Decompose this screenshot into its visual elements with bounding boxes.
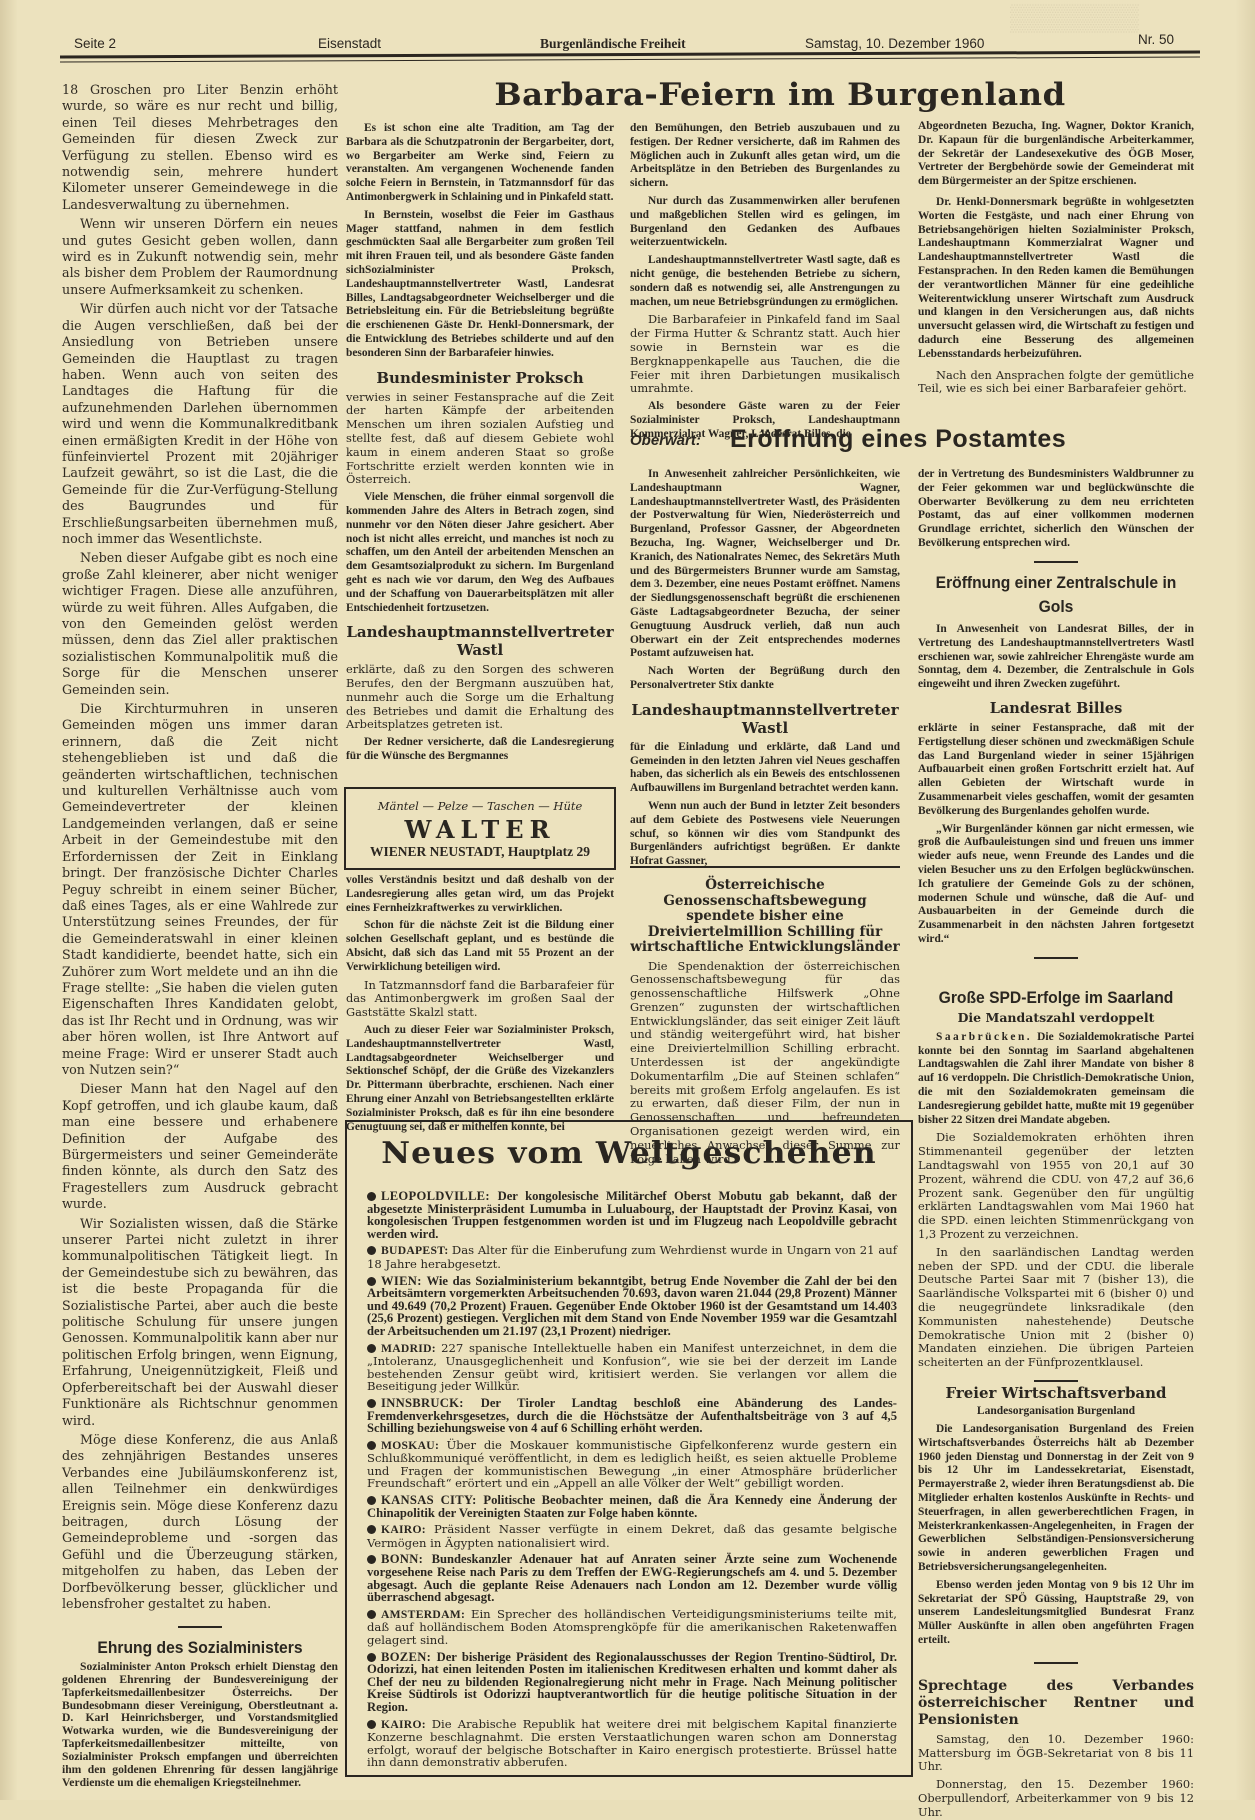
news-text: Bundeskanzler Adenauer hat auf Anraten s… [367, 1552, 897, 1604]
paragraph: Die Barbarafeier in Pinkafeld fand im Sa… [630, 313, 900, 396]
paragraph: In den saarländischen Landtag werden neb… [918, 1246, 1194, 1370]
zentralschule-article: Eröffnung einer Zentralschule in Gols In… [918, 565, 1194, 969]
walter-advertisement: Mäntel — Pelze — Taschen — Hüte WALTER W… [344, 787, 616, 870]
paragraph: Möge diese Konferenz, die aus Anlaß des … [62, 1432, 338, 1612]
paragraph: In Anwesenheit zahlreicher Persönlichkei… [630, 468, 900, 661]
ad-shop-name: WALTER [346, 815, 614, 844]
news-dateline: AMSTERDAM: [381, 1608, 471, 1621]
wirtschaftsverband-subheading: Landesorganisation Burgenland [918, 1402, 1194, 1420]
news-item: INNSBRUCK: Der Tiroler Landtag beschloß … [367, 1397, 897, 1435]
bullet-icon [367, 1653, 376, 1662]
divider [1034, 561, 1078, 563]
barbara-column-1: Es ist schon eine alte Tradition, am Tag… [346, 122, 614, 764]
weltgeschehen-box: Neues vom Weltgeschehen LEOPOLDVILLE: De… [345, 1120, 913, 1777]
paragraph: Schon für die nächste Zeit ist die Bildu… [346, 919, 614, 974]
news-item: LEOPOLDVILLE: Der kongolesische Militärc… [367, 1190, 897, 1240]
paragraph: „Wir Burgenländer können gar nicht ermes… [918, 823, 1194, 947]
bullet-icon [367, 1277, 376, 1286]
paragraph: In Tatzmannsdorf fand die Barbarafeier f… [346, 979, 614, 1020]
news-item: KAIRO: Die Arabische Republik hat weiter… [367, 1718, 897, 1769]
paragraph: Ebenso werden jeden Montag von 9 bis 12 … [918, 1579, 1194, 1648]
news-item: BOZEN: Der bisherige Präsident des Regio… [367, 1651, 897, 1714]
paragraph: Nach den Ansprachen folgte der gemütlich… [918, 369, 1194, 397]
place-of-publication: Eisenstadt [318, 36, 381, 51]
paragraph: Viele Menschen, die früher einmal sorgen… [346, 491, 614, 615]
section-rule [630, 866, 900, 868]
bullet-icon [367, 1441, 376, 1450]
paragraph: Nach Worten der Begrüßung durch den Pers… [630, 665, 900, 693]
dateline: Saarbrücken. [936, 1031, 1032, 1043]
news-dateline: BUDAPEST: [381, 1244, 452, 1257]
paragraph: Samstag, den 10. Dezember 1960: Mattersb… [918, 1733, 1194, 1774]
news-item: KAIRO: Präsident Nasser verfügte in eine… [367, 1523, 897, 1549]
paragraph: Die Kirchturmuhren in unseren Gemeinden … [62, 701, 338, 1078]
news-dateline: MOSKAU: [381, 1439, 446, 1452]
barbara-column-1-continued: volles Verständnis besitzt und daß desha… [346, 874, 614, 1134]
zentralschule-headline: Eröffnung einer Zentralschule in Gols [929, 571, 1183, 619]
paragraph: Die Sozialdemokratische Partei konnte be… [918, 1031, 1194, 1126]
news-item: MOSKAU: Über die Moskauer kommunistische… [367, 1439, 897, 1490]
bullet-icon [367, 1344, 376, 1353]
news-dateline: KAIRO: [381, 1523, 434, 1536]
news-item: BONN: Bundeskanzler Adenauer hat auf Anr… [367, 1553, 897, 1603]
barbara-column-3: Abgeordneten Bezucha, Ing. Wagner, Dokto… [918, 120, 1194, 396]
news-dateline: KAIRO: [381, 1718, 432, 1731]
barbara-headline: Barbara-Feiern im Burgenland [416, 77, 1144, 113]
saarland-subheading: Die Mandatszahl verdoppelt [918, 1009, 1194, 1027]
masthead: Seite 2 Eisenstadt Burgenländische Freih… [60, 32, 1200, 52]
wirtschaftsverband-article: Freier Wirtschaftsverband Landesorganisa… [918, 1384, 1194, 1800]
news-item: AMSTERDAM: Ein Sprecher des holländische… [367, 1608, 897, 1647]
paragraph: Es ist schon eine alte Tradition, am Tag… [346, 122, 614, 205]
ad-tagline: Mäntel — Pelze — Taschen — Hüte [346, 799, 614, 813]
subheading-wastl: Landeshauptmannstellvertreter Wastl [346, 623, 614, 659]
paragraph: 18 Groschen pro Liter Benzin erhöht wurd… [62, 82, 338, 213]
paragraph: In Anwesenheit von Landesrat Billes, der… [918, 623, 1194, 692]
subheading-billes: Landesrat Billes [918, 700, 1194, 718]
news-item: KANSAS CITY: Politische Beobachter meine… [367, 1494, 897, 1519]
page-number: Seite 2 [74, 36, 116, 51]
news-text: Über die Moskauer kommunistische Gipfelk… [367, 1438, 897, 1491]
divider [1034, 957, 1078, 959]
bullet-icon [367, 1246, 376, 1255]
weltgeschehen-headline: Neues vom Weltgeschehen [333, 1136, 925, 1171]
paragraph: verwies in seiner Festansprache auf die … [346, 391, 614, 488]
bullet-icon [367, 1399, 376, 1408]
saarland-article: Große SPD-Erfolge im Saarland Die Mandat… [918, 985, 1194, 1392]
paragraph: der in Vertretung des Bundesministers Wa… [918, 468, 1194, 551]
postamt-kicker: Oberwart: [630, 432, 701, 449]
divider [1034, 1662, 1078, 1664]
paragraph: Abgeordneten Bezucha, Ing. Wagner, Dokto… [918, 120, 1194, 189]
subheading-proksch: Bundesminister Proksch [346, 369, 614, 387]
bullet-icon [367, 1496, 376, 1505]
paragraph: Neben dieser Aufgabe gibt es noch eine g… [62, 550, 338, 698]
genossenschaft-headline: Österreichische Genossenschaftsbewegung … [630, 878, 900, 956]
bullet-icon [367, 1525, 376, 1534]
news-text: Die Arabische Republik hat weitere drei … [367, 1717, 897, 1770]
ad-address: WIENER NEUSTADT, Hauptplatz 29 [346, 844, 614, 860]
paragraph: Die Sozialdemokraten erhöhten ihren Stim… [918, 1131, 1194, 1241]
paragraph: Der Redner versicherte, daß die Landesre… [346, 736, 614, 764]
saarland-headline: Große SPD-Erfolge im Saarland [929, 991, 1183, 1005]
news-text: Der bisherige Präsident des Regionalauss… [367, 1650, 897, 1714]
wirtschaftsverband-headline: Freier Wirtschaftsverband [918, 1384, 1194, 1402]
news-text: Präsident Nasser verfügte in einem Dekre… [367, 1522, 897, 1550]
paragraph: Wir Sozialisten wissen, daß die Stärke u… [62, 1216, 338, 1429]
news-item: BUDAPEST: Das Alter für die Einberufung … [367, 1244, 897, 1270]
newspaper-page: ▒▒▒▒▒▒▒ Seite 2 Eisenstadt Burgenländisc… [0, 0, 1255, 1800]
bullet-icon [367, 1555, 376, 1564]
bullet-icon [367, 1192, 376, 1201]
paragraph: Dr. Henkl-Donnersmark begrüßte in wohlge… [918, 196, 1194, 362]
paragraph: Dieser Mann hat den Nagel auf den Kopf g… [62, 1081, 338, 1212]
postamt-column-2: der in Vertretung des Bundesministers Wa… [918, 468, 1194, 573]
ehrung-body: Sozialminister Anton Proksch erhielt Die… [62, 1661, 338, 1790]
barbara-column-2: den Bemühungen, den Betrieb auszubauen u… [630, 122, 900, 442]
paragraph: den Bemühungen, den Betrieb auszubauen u… [630, 122, 900, 191]
paragraph: für die Einladung und erklärte, daß Land… [630, 741, 900, 796]
issue-date: Samstag, 10. Dezember 1960 [805, 36, 984, 51]
left-column-article: 18 Groschen pro Liter Benzin erhöht wurd… [62, 82, 338, 1790]
news-text: 227 spanische Intellektuelle haben ein M… [367, 1341, 897, 1394]
news-dateline: MADRID: [381, 1342, 441, 1355]
ehrung-headline: Ehrung des Sozialministers [73, 1640, 327, 1656]
subheading-wastl-postamt: Landeshauptmannstellvertreter Wastl [630, 701, 900, 737]
paragraph: Wir dürfen auch nicht vor der Tatsache d… [62, 301, 338, 547]
bullet-icon [367, 1610, 376, 1619]
newspaper-name: Burgenländische Freiheit [540, 36, 686, 52]
paragraph: volles Verständnis besitzt und daß desha… [346, 874, 614, 915]
paragraph: erklärte, daß zu den Sorgen des schweren… [346, 663, 614, 732]
divider [1034, 1380, 1078, 1382]
paragraph: Die Landesorganisation Burgenland des Fr… [918, 1423, 1194, 1575]
paragraph: Wenn wir unseren Dörfern ein neues und g… [62, 216, 338, 298]
news-item: MADRID: 227 spanische Intellektuelle hab… [367, 1342, 897, 1393]
postamt-column-1: In Anwesenheit zahlreicher Persönlichkei… [630, 468, 900, 869]
postamt-headline: Eröffnung eines Postamtes [730, 425, 1066, 454]
bleed-through-text: ▒▒▒▒▒▒▒ [1010, 2, 1139, 33]
paragraph: Wenn nun auch der Bund in letzter Zeit b… [630, 800, 900, 869]
divider [178, 1626, 222, 1628]
sprechtage-headline: Sprechtage des Verbandes österreichische… [918, 1678, 1194, 1729]
paragraph: In Bernstein, woselbst die Feier im Gast… [346, 209, 614, 361]
paragraph: Landeshauptmannstellvertreter Wastl sagt… [630, 254, 900, 309]
news-list: LEOPOLDVILLE: Der kongolesische Militärc… [367, 1190, 897, 1773]
bullet-icon [367, 1720, 376, 1729]
paragraph: Donnerstag, den 15. Dezember 1960: Oberp… [918, 1778, 1194, 1800]
paragraph: Nur durch das Zusammenwirken aller beruf… [630, 195, 900, 250]
news-text: Wie das Sozialministerium bekanntgibt, b… [367, 1274, 897, 1338]
paragraph: Auch zu dieser Feier war Sozialminister … [346, 1024, 614, 1134]
paragraph: erklärte in seiner Festansprache, daß mi… [918, 722, 1194, 819]
issue-number: Nr. 50 [1138, 32, 1174, 47]
news-item: WIEN: Wie das Sozialministerium bekanntg… [367, 1275, 897, 1338]
